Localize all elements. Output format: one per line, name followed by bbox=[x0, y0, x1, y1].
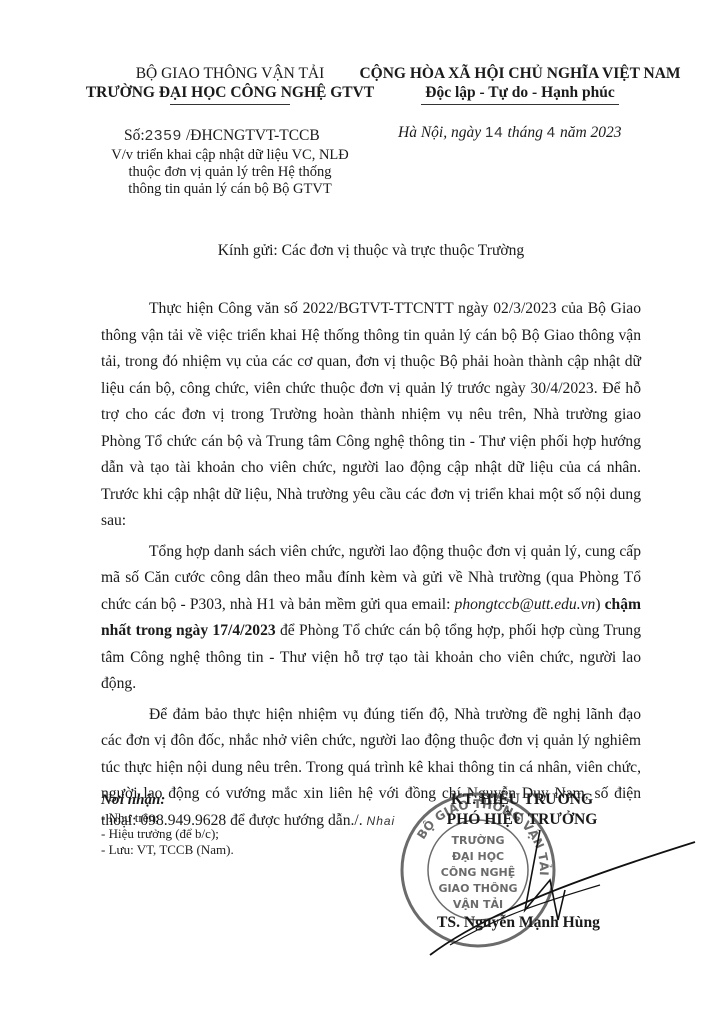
divider bbox=[421, 104, 619, 105]
divider bbox=[170, 104, 290, 105]
signer-name: TS. Nguyễn Mạnh Hùng bbox=[437, 914, 600, 932]
paragraph-1: Thực hiện Công văn số 2022/BGTVT-TTCNTT … bbox=[101, 296, 641, 535]
email-link[interactable]: phongtccb@utt.edu.vn bbox=[455, 596, 596, 613]
ministry-name: BỘ GIAO THÔNG VẬN TẢI bbox=[70, 64, 390, 83]
document-number: Số:2359 /ĐHCNGTVT-TCCB bbox=[124, 126, 320, 145]
national-header: CỘNG HÒA XÃ HỘI CHỦ NGHĨA VIỆT NAM Độc l… bbox=[358, 64, 682, 105]
recipient-line: Kính gửi: Các đơn vị thuộc và trực thuộc… bbox=[100, 242, 642, 260]
paragraph-2: Tổng hợp danh sách viên chức, người lao … bbox=[101, 539, 641, 698]
signature-title-1: KT. HIỆU TRƯỞNG bbox=[392, 790, 652, 810]
motto: Độc lập - Tự do - Hạnh phúc bbox=[358, 83, 682, 102]
body-text: Thực hiện Công văn số 2022/BGTVT-TTCNTT … bbox=[101, 296, 641, 834]
university-name: TRƯỜNG ĐẠI HỌC CÔNG NGHỆ GTVT bbox=[70, 83, 390, 102]
date-line: Hà Nội, ngày 14 tháng 4 năm 2023 bbox=[398, 124, 622, 142]
signature-icon bbox=[390, 820, 700, 960]
issuer-block: BỘ GIAO THÔNG VẬN TẢI TRƯỜNG ĐẠI HỌC CÔN… bbox=[70, 64, 390, 105]
nation-name: CỘNG HÒA XÃ HỘI CHỦ NGHĨA VIỆT NAM bbox=[358, 64, 682, 83]
number-handwritten: 2359 bbox=[145, 127, 182, 144]
receivers-title: Nơi nhận: bbox=[101, 790, 234, 810]
subject-block: V/v triển khai cập nhật dữ liệu VC, NLĐ … bbox=[76, 147, 384, 198]
receivers-block: Nơi nhận: - Như trên; - Hiệu trưởng (để … bbox=[101, 790, 234, 858]
